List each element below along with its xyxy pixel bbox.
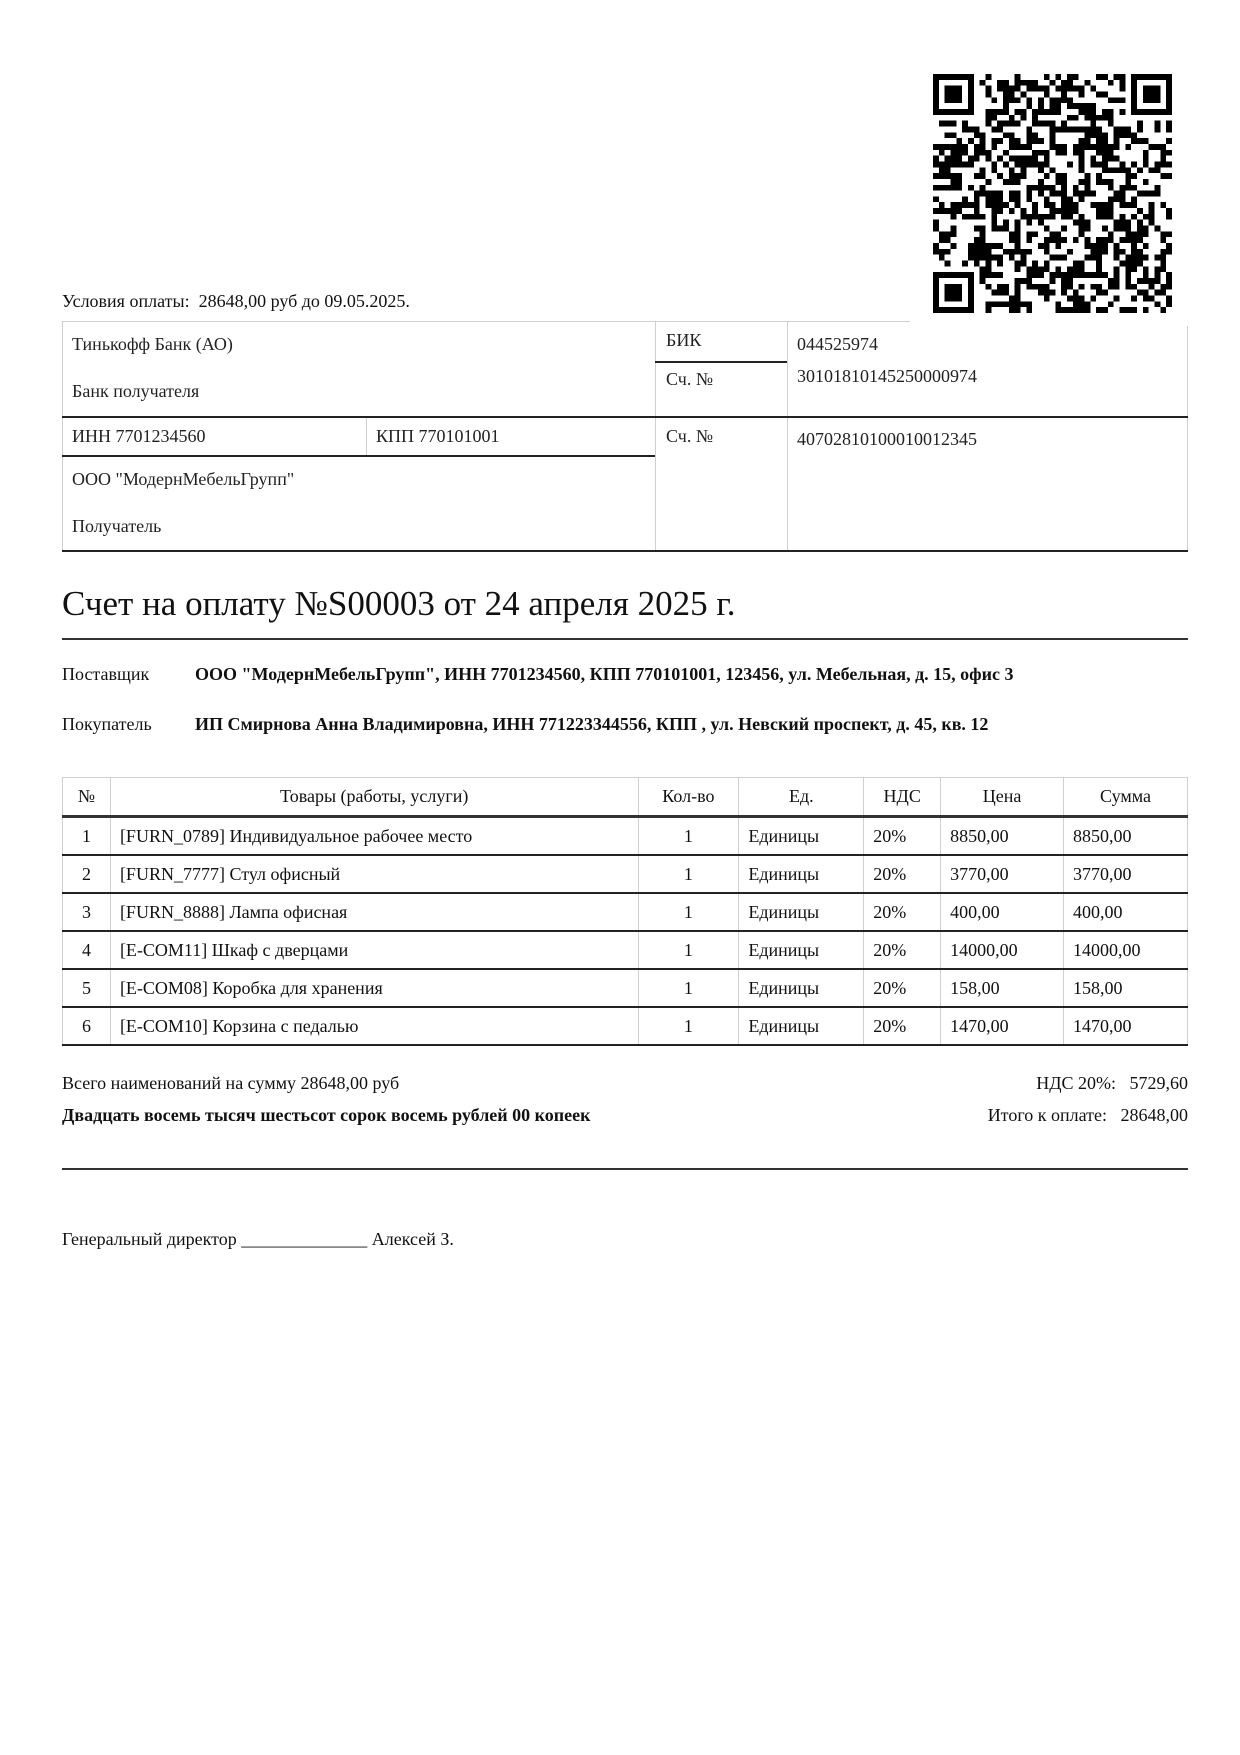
buyer-value: ИП Смирнова Анна Владимировна, ИНН 77122… — [195, 714, 988, 735]
column-header-quantity: Кол-во — [638, 778, 739, 817]
payment-terms: Условия оплаты: 28648,00 руб до 09.05.20… — [62, 291, 410, 312]
item-unit: Единицы — [739, 931, 864, 969]
item-quantity: 1 — [638, 931, 739, 969]
signature: Генеральный директор ______________ Алек… — [62, 1229, 454, 1250]
item-quantity: 1 — [638, 969, 739, 1007]
item-vat: 20% — [864, 969, 941, 1007]
title-divider — [62, 638, 1188, 640]
corr-account-label: Сч. № — [666, 369, 713, 390]
item-unit: Единицы — [739, 817, 864, 856]
table-row: 1[FURN_0789] Индивидуальное рабочее мест… — [63, 817, 1188, 856]
recipient-name: ООО "МодернМебельГрупп" — [72, 469, 294, 490]
item-sum: 158,00 — [1064, 969, 1188, 1007]
item-name: [E-COM10] Корзина с педалью — [110, 1007, 638, 1045]
item-sum: 400,00 — [1064, 893, 1188, 931]
column-header-number: № — [63, 778, 111, 817]
table-row: 5[E-COM08] Коробка для хранения1Единицы2… — [63, 969, 1188, 1007]
payment-terms-label: Условия оплаты: — [62, 291, 190, 311]
vat-label: НДС 20%: — [1036, 1073, 1116, 1093]
item-name: [E-COM08] Коробка для хранения — [110, 969, 638, 1007]
bik-label: БИК — [666, 330, 701, 351]
total-label: Итого к оплате: — [988, 1105, 1107, 1125]
bank-name: Тинькофф Банк (АО) — [72, 334, 233, 355]
corr-account-value: 30101810145250000974 — [797, 366, 977, 387]
recipient-kpp: КПП 770101001 — [376, 426, 500, 447]
total-value: 28648,00 — [1121, 1105, 1189, 1125]
item-number: 1 — [63, 817, 111, 856]
recipient-inn: ИНН 7701234560 — [72, 426, 206, 447]
item-name: [FURN_0789] Индивидуальное рабочее место — [110, 817, 638, 856]
column-header-unit: Ед. — [739, 778, 864, 817]
amount-in-words: Двадцать восемь тысяч шестьсот сорок вос… — [62, 1105, 591, 1126]
item-price: 3770,00 — [941, 855, 1064, 893]
page-title: Счет на оплату №S00003 от 24 апреля 2025… — [62, 584, 736, 624]
items-table: № Товары (работы, услуги) Кол-во Ед. НДС… — [62, 777, 1188, 1046]
column-header-price: Цена — [941, 778, 1064, 817]
item-quantity: 1 — [638, 893, 739, 931]
totals-divider — [62, 1168, 1188, 1170]
item-quantity: 1 — [638, 1007, 739, 1045]
item-number: 6 — [63, 1007, 111, 1045]
item-number: 5 — [63, 969, 111, 1007]
vat-total: НДС 20%: 5729,60 — [1036, 1073, 1188, 1094]
item-vat: 20% — [864, 817, 941, 856]
item-sum: 8850,00 — [1064, 817, 1188, 856]
column-header-vat: НДС — [864, 778, 941, 817]
signature-line: ______________ — [241, 1229, 367, 1249]
vat-value: 5729,60 — [1130, 1073, 1189, 1093]
item-vat: 20% — [864, 1007, 941, 1045]
item-price: 8850,00 — [941, 817, 1064, 856]
recipient-caption: Получатель — [72, 516, 161, 537]
grand-total: Итого к оплате: 28648,00 — [988, 1105, 1188, 1126]
item-unit: Единицы — [739, 969, 864, 1007]
item-price: 400,00 — [941, 893, 1064, 931]
item-quantity: 1 — [638, 855, 739, 893]
item-price: 1470,00 — [941, 1007, 1064, 1045]
item-number: 3 — [63, 893, 111, 931]
supplier-value: ООО "МодернМебельГрупп", ИНН 7701234560,… — [195, 664, 1014, 685]
item-unit: Единицы — [739, 1007, 864, 1045]
item-name: [FURN_8888] Лампа офисная — [110, 893, 638, 931]
column-header-sum: Сумма — [1064, 778, 1188, 817]
item-price: 14000,00 — [941, 931, 1064, 969]
totals-summary: Всего наименований на сумму 28648,00 руб — [62, 1073, 399, 1094]
table-row: 3[FURN_8888] Лампа офисная1Единицы20%400… — [63, 893, 1188, 931]
item-sum: 14000,00 — [1064, 931, 1188, 969]
bank-caption: Банк получателя — [72, 381, 199, 402]
table-row: 2[FURN_7777] Стул офисный1Единицы20%3770… — [63, 855, 1188, 893]
item-vat: 20% — [864, 893, 941, 931]
item-vat: 20% — [864, 931, 941, 969]
account-value: 40702810100010012345 — [797, 429, 977, 450]
item-name: [FURN_7777] Стул офисный — [110, 855, 638, 893]
signature-name: Алексей З. — [372, 1229, 454, 1249]
item-vat: 20% — [864, 855, 941, 893]
item-sum: 3770,00 — [1064, 855, 1188, 893]
table-header-row: № Товары (работы, услуги) Кол-во Ед. НДС… — [63, 778, 1188, 817]
bik-value: 044525974 — [797, 334, 878, 355]
item-sum: 1470,00 — [1064, 1007, 1188, 1045]
item-number: 2 — [63, 855, 111, 893]
payment-terms-value: 28648,00 руб до 09.05.2025. — [199, 291, 410, 311]
item-unit: Единицы — [739, 893, 864, 931]
item-quantity: 1 — [638, 817, 739, 856]
table-row: 6[E-COM10] Корзина с педалью1Единицы20%1… — [63, 1007, 1188, 1045]
account-label: Сч. № — [666, 426, 713, 447]
item-unit: Единицы — [739, 855, 864, 893]
signature-position: Генеральный директор — [62, 1229, 237, 1249]
column-header-goods: Товары (работы, услуги) — [110, 778, 638, 817]
item-name: [E-COM11] Шкаф с дверцами — [110, 931, 638, 969]
item-number: 4 — [63, 931, 111, 969]
table-row: 4[E-COM11] Шкаф с дверцами1Единицы20%140… — [63, 931, 1188, 969]
bank-details: Тинькофф Банк (АО) Банк получателя БИК 0… — [62, 321, 1188, 552]
qr-code-icon — [933, 74, 1172, 313]
item-price: 158,00 — [941, 969, 1064, 1007]
buyer-label: Покупатель — [62, 714, 152, 735]
supplier-label: Поставщик — [62, 664, 149, 685]
